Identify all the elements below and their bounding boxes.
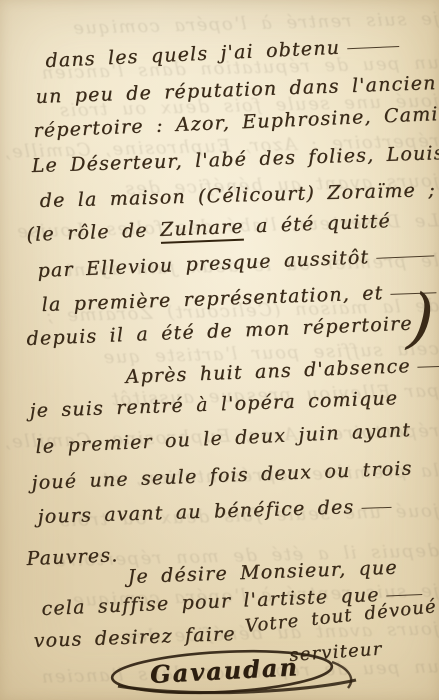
flourish-dash <box>347 45 399 48</box>
letter-line-text: Je désire Monsieur, que <box>127 557 398 588</box>
letter-line-text: par Elleviou presque aussitôt <box>37 246 370 282</box>
letter-line: de la maison (Célicourt) Zoraïme ; <box>39 179 436 212</box>
letter-line: dans les quels j'ai obtenu <box>45 34 399 72</box>
flourish-dash <box>418 365 439 368</box>
letter-line-text: un peu de réputation dans l'ancien <box>35 72 437 108</box>
letter-line-text: de la maison (Célicourt) Zoraïme ; <box>39 179 436 212</box>
letter-line-text: dans les quels j'ai obtenu <box>45 37 341 72</box>
letter-line: jours avant au bénéfice des <box>37 495 391 528</box>
letter-line: Je désire Monsieur, que <box>127 557 398 588</box>
letter-line-text: le premier ou le deux juin ayant <box>35 419 412 458</box>
letter-line: répertoire : Azor, Euphrosine, Camille, <box>33 102 439 142</box>
letter-line-text: depuis il a été de mon répertoire <box>26 313 413 350</box>
flourish-dash <box>361 506 391 508</box>
letter-line-text: répertoire : Azor, Euphrosine, Camille, <box>33 102 439 142</box>
letter-line: par Elleviou presque aussitôt <box>37 243 435 282</box>
large-closing-paren: ) <box>406 285 436 353</box>
letter-line: joué une seule fois deux ou trois <box>31 457 413 494</box>
manuscript-letter-page: je suis rentré à l'opéra comique un peu … <box>0 0 439 700</box>
letter-line-text: a été quitté <box>243 210 391 238</box>
letter-line: la première représentation, et <box>41 280 437 316</box>
letter-line: Pauvres. <box>26 544 119 570</box>
letter-line: (le rôle de Zulnare a été quitté <box>26 210 391 246</box>
letter-line: je suis rentré à l'opéra comique <box>29 387 398 422</box>
letter-line-text: la première représentation, et <box>41 282 384 316</box>
letter-line-text: joué une seule fois deux ou trois <box>31 457 413 494</box>
letter-line: le premier ou le deux juin ayant <box>35 419 412 458</box>
underlined-title: Zulnare <box>160 216 245 244</box>
letter-line: un peu de réputation dans l'ancien <box>35 72 437 108</box>
letter-line-text: Après huit ans d'absence <box>125 355 411 388</box>
letter-line: Le Déserteur, l'abé des folies, Louise <box>31 140 439 177</box>
letter-line: Après huit ans d'absence <box>125 353 439 388</box>
letter-line-text: jours avant au bénéfice des <box>37 496 354 528</box>
letter-line-text: Pauvres. <box>26 544 119 570</box>
letter-line-text: je suis rentré à l'opéra comique <box>29 387 398 422</box>
flourish-dash <box>376 255 434 258</box>
letter-line-text: Le Déserteur, l'abé des folies, Louise <box>31 142 439 177</box>
letter-line-text: (le rôle de <box>26 219 160 246</box>
signature-block: Gavaudan <box>104 642 364 700</box>
flourish-dash <box>387 594 423 597</box>
letter-line: depuis il a été de mon répertoire <box>26 313 413 350</box>
